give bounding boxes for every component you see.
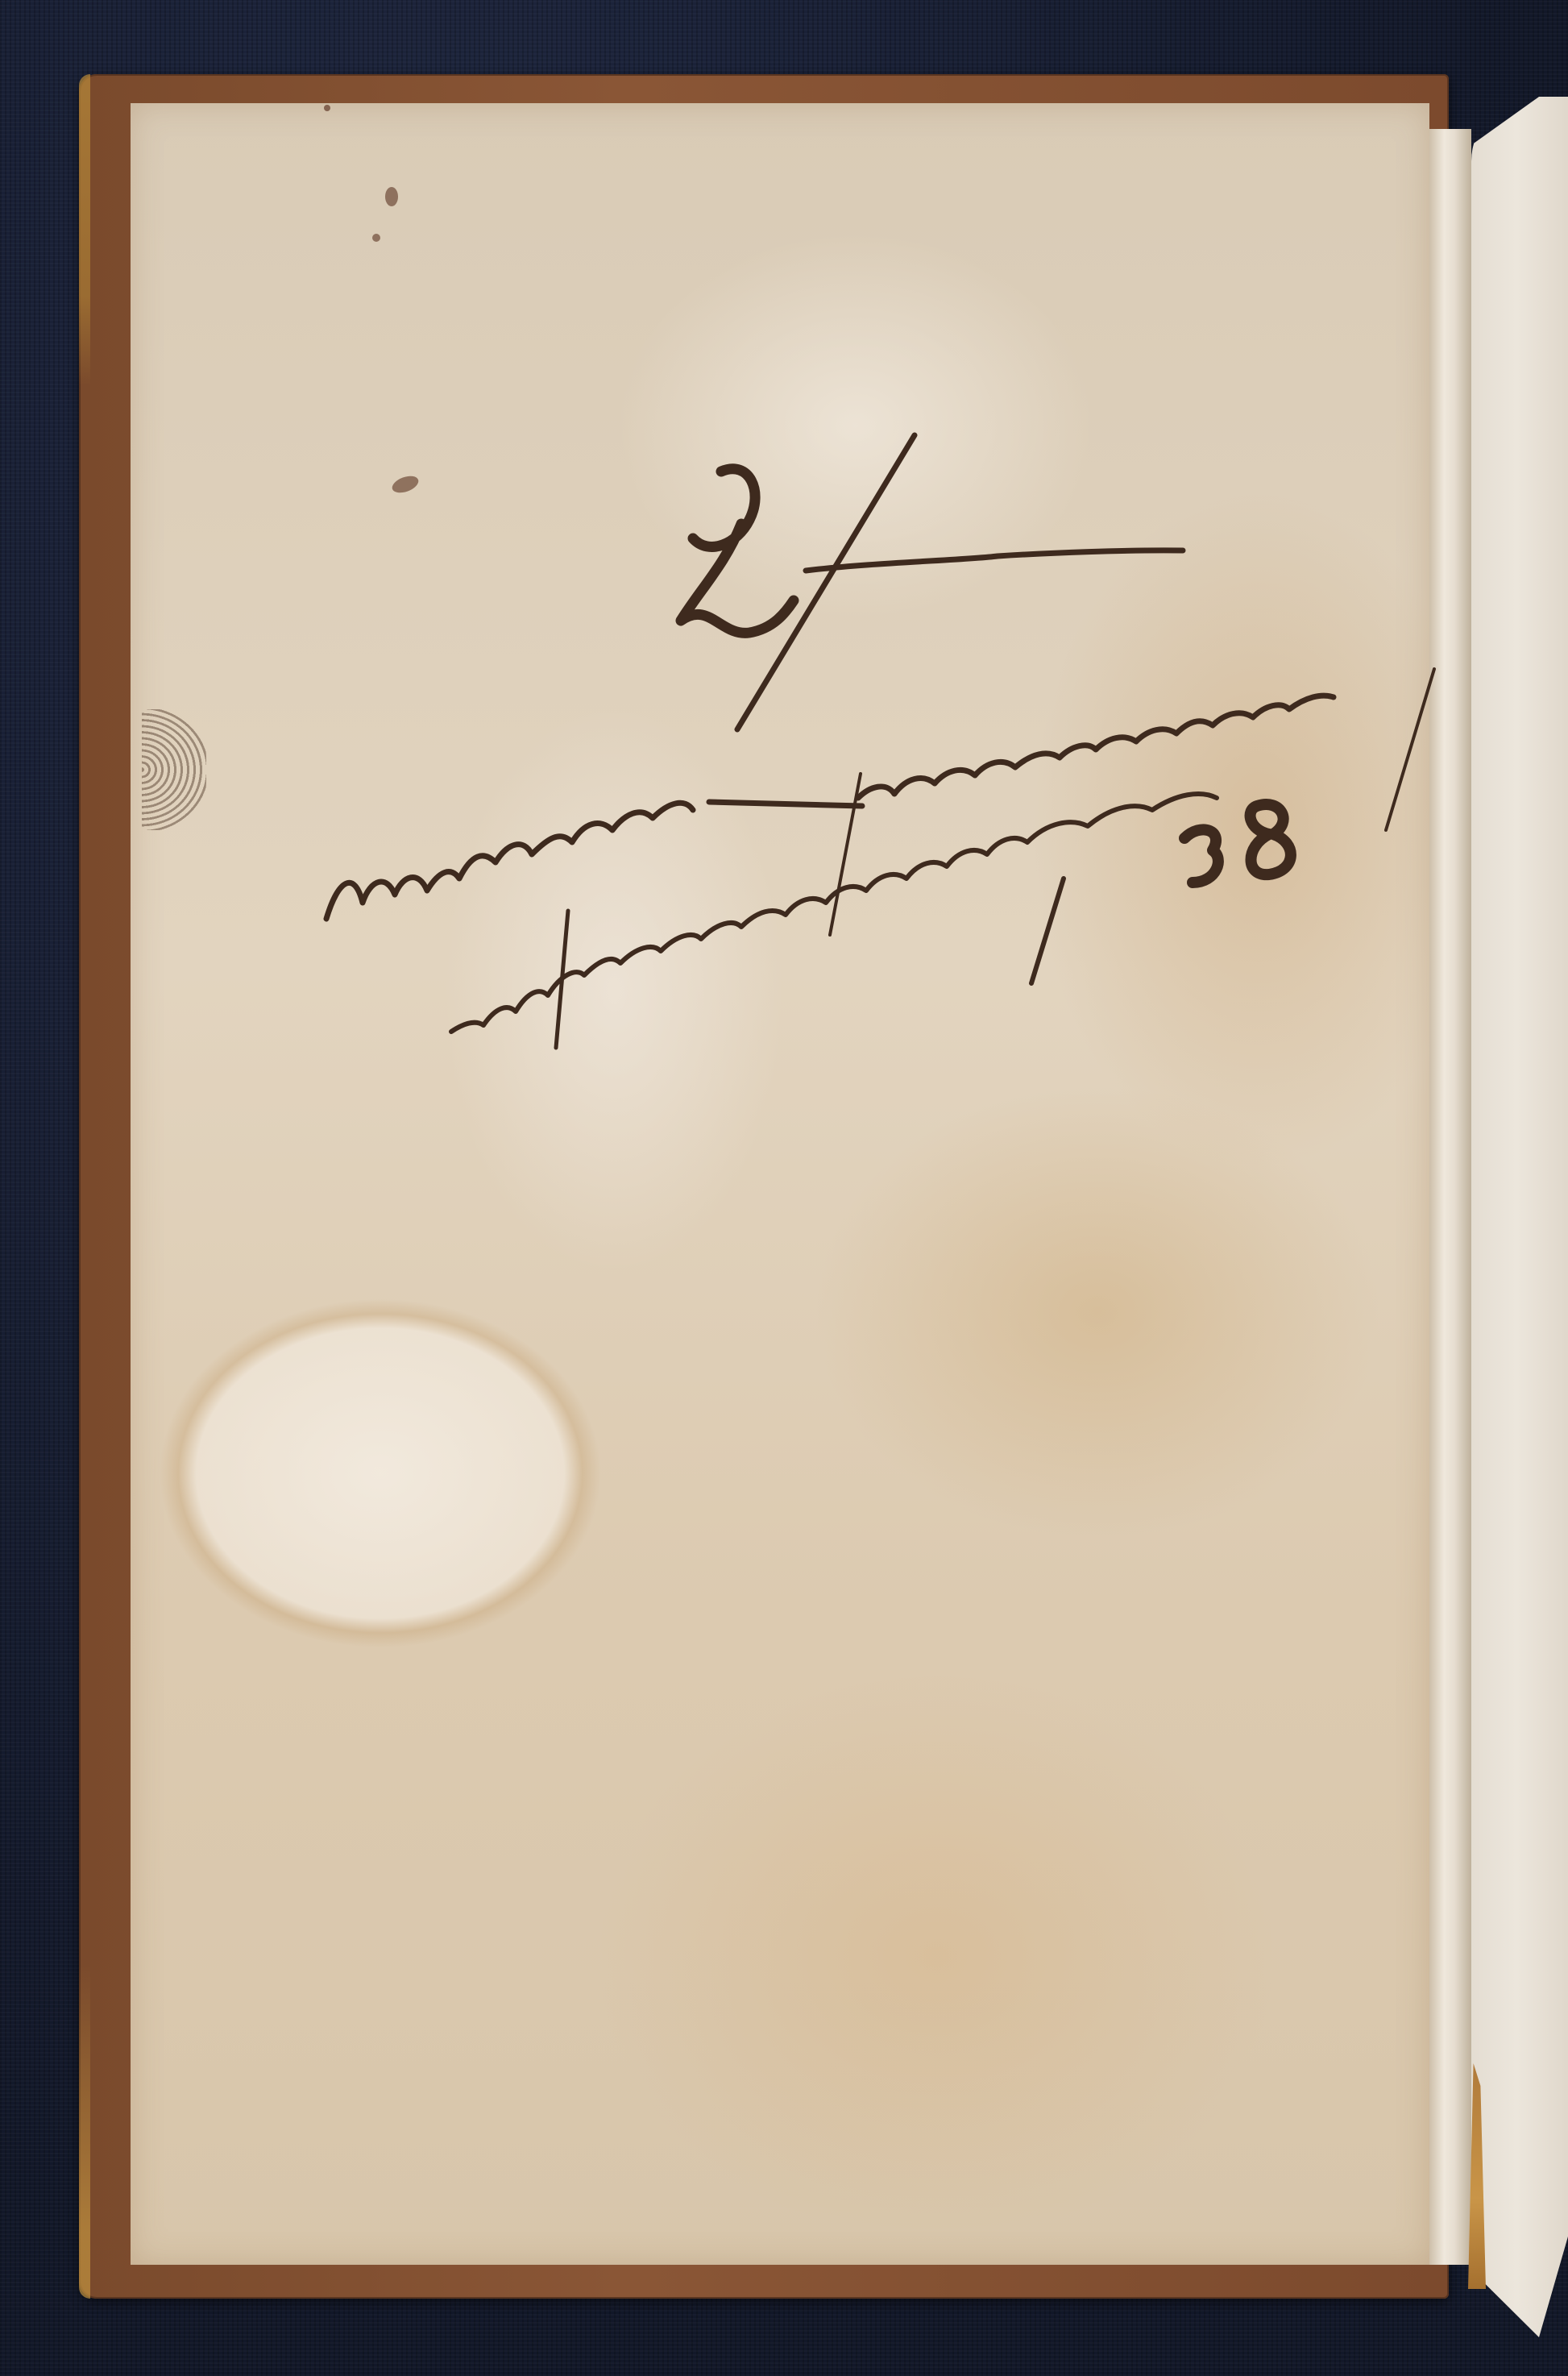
foxing-spot (372, 234, 380, 242)
foxing-spot (385, 187, 398, 206)
hinge-strip (1429, 129, 1471, 2265)
facing-flyleaf (1471, 97, 1568, 2337)
pastedown-page (131, 103, 1429, 2265)
foxing-spot (324, 105, 330, 111)
